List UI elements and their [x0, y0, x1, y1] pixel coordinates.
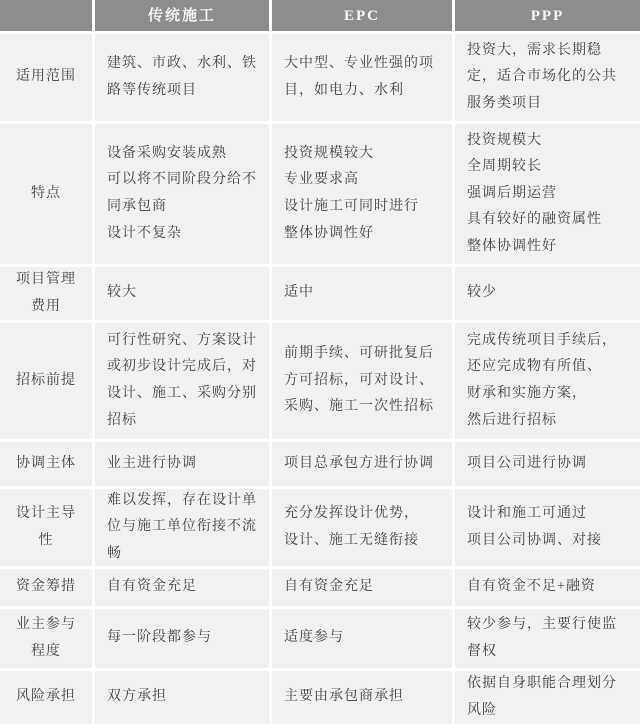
row-label-coordination-subject: 协调主体	[0, 442, 92, 486]
cell-management-cost-epc: 适中	[272, 267, 452, 320]
cell-design-leadership-ppp: 设计和施工可通过 项目公司协调、对接	[455, 489, 640, 566]
cell-features-epc: 投资规模较大 专业要求高 设计施工可同时进行 整体协调性好	[272, 124, 452, 264]
row-label-management-cost: 项目管理 费用	[0, 267, 92, 320]
cell-management-cost-ppp: 较少	[455, 267, 640, 320]
cell-bidding-prerequisite-traditional: 可行性研究、方案设计或初步设计完成后，对设计、施工、采购分别招标	[95, 323, 269, 439]
cell-fundraising-epc: 自有资金充足	[272, 569, 452, 606]
cell-bidding-prerequisite-epc: 前期手续、可研批复后方可招标，可对设计、采购、施工一次性招标	[272, 323, 452, 439]
header-cell-blank	[0, 0, 92, 31]
cell-design-leadership-epc: 充分发挥设计优势， 设计、施工无缝衔接	[272, 489, 452, 566]
header-cell-ppp: PPP	[455, 0, 640, 31]
row-label-fundraising: 资金筹措	[0, 569, 92, 606]
cell-management-cost-traditional: 较大	[95, 267, 269, 320]
cell-bidding-prerequisite-ppp: 完成传统项目手续后， 还应完成物有所值、 财承和实施方案， 然后进行招标	[455, 323, 640, 439]
cell-design-leadership-traditional: 难以发挥，存在设计单位与施工单位衔接不流畅	[95, 489, 269, 566]
cell-risk-bearing-ppp: 依据自身职能合理划分风险	[455, 671, 640, 724]
comparison-table-page: 传统施工 EPC PPP 适用范围 建筑、市政、水利、铁路等传统项目 大中型、专…	[0, 0, 640, 724]
cell-scope-traditional: 建筑、市政、水利、铁路等传统项目	[95, 34, 269, 121]
cell-coordination-subject-epc: 项目总承包方进行协调	[272, 442, 452, 486]
cell-fundraising-ppp: 自有资金不足+融资	[455, 569, 640, 606]
cell-owner-participation-ppp: 较少参与，主要行使监督权	[455, 609, 640, 668]
header-cell-epc: EPC	[272, 0, 452, 31]
cell-features-ppp: 投资规模大 全周期较长 强调后期运营 具有较好的融资属性 整体协调性好	[455, 124, 640, 264]
comparison-table: 传统施工 EPC PPP 适用范围 建筑、市政、水利、铁路等传统项目 大中型、专…	[0, 0, 640, 724]
cell-scope-epc: 大中型、专业性强的项目，如电力、水利	[272, 34, 452, 121]
cell-scope-ppp: 投资大，需求长期稳定，适合市场化的公共服务类项目	[455, 34, 640, 121]
row-label-owner-participation: 业主参与 程度	[0, 609, 92, 668]
cell-risk-bearing-traditional: 双方承担	[95, 671, 269, 724]
row-label-scope: 适用范围	[0, 34, 92, 121]
row-label-risk-bearing: 风险承担	[0, 671, 92, 724]
row-label-bidding-prerequisite: 招标前提	[0, 323, 92, 439]
row-label-design-leadership: 设计主导 性	[0, 489, 92, 566]
cell-owner-participation-epc: 适度参与	[272, 609, 452, 668]
cell-coordination-subject-traditional: 业主进行协调	[95, 442, 269, 486]
cell-fundraising-traditional: 自有资金充足	[95, 569, 269, 606]
cell-owner-participation-traditional: 每一阶段都参与	[95, 609, 269, 668]
cell-risk-bearing-epc: 主要由承包商承担	[272, 671, 452, 724]
header-cell-traditional: 传统施工	[95, 0, 269, 31]
row-label-features: 特点	[0, 124, 92, 264]
cell-coordination-subject-ppp: 项目公司进行协调	[455, 442, 640, 486]
cell-features-traditional: 设备采购安装成熟 可以将不同阶段分给不同承包商 设计不复杂	[95, 124, 269, 264]
